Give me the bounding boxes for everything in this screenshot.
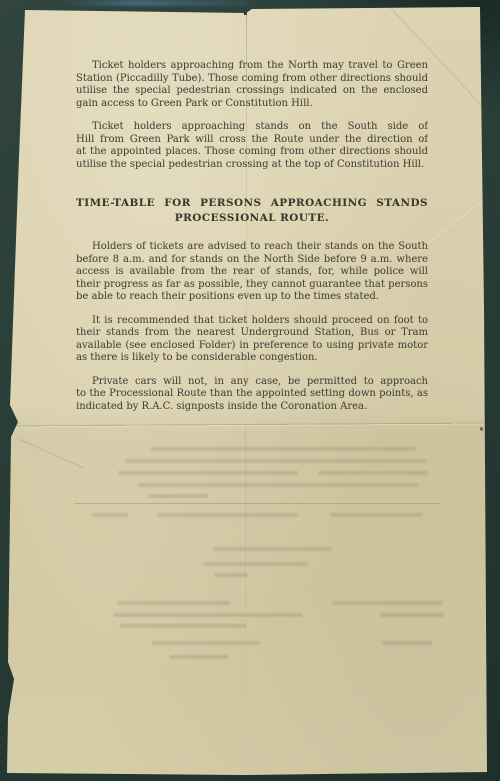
document-text: Ticket holders approaching from the Nort… [76, 60, 428, 424]
text-line: utilise the special pedestrian crossings… [76, 85, 428, 98]
text-line: available (see enclosed Folder) in prefe… [76, 340, 428, 353]
text-line: Holders of tickets are advised to reach … [76, 241, 428, 254]
text-line: before 8 a.m. and for stands on the Nort… [76, 254, 428, 267]
text-line: indicated by R.A.C. signposts inside the… [76, 401, 428, 414]
scan-stage: Ticket holders approaching from the Nort… [0, 0, 500, 781]
body-paragraph-2: It is recommended that ticket holders sh… [76, 315, 428, 365]
text-line: Ticket holders approaching stands on the… [76, 121, 428, 134]
text-line: at the appointed places. Those coming fr… [76, 146, 428, 159]
text-line: gain access to Green Park or Constitutio… [76, 98, 428, 111]
text-line: utilise the special pedestrian crossing … [76, 159, 428, 172]
scan-artifact-streak [58, 0, 248, 6]
text-line: Station (Piccadilly Tube). Those coming … [76, 73, 428, 86]
text-line: Hill from Green Park will cross the Rout… [76, 134, 428, 147]
text-line: be able to reach their positions even up… [76, 291, 428, 304]
body-paragraph-3: Private cars will not, in any case, be p… [76, 376, 428, 414]
text-line: It is recommended that ticket holders sh… [76, 315, 428, 328]
intro-paragraph-1: Ticket holders approaching from the Nort… [76, 60, 428, 110]
fold-crease-vertical-lower [245, 427, 246, 773]
text-line: to the Processional Route than the appoi… [76, 388, 428, 401]
body-paragraph-1: Holders of tickets are advised to reach … [76, 241, 428, 304]
intro-paragraph-2: Ticket holders approaching stands on the… [76, 121, 428, 171]
text-line: as there is likely to be considerable co… [76, 352, 428, 365]
text-line: Private cars will not, in any case, be p… [76, 376, 428, 389]
text-line: Ticket holders approaching from the Nort… [76, 60, 428, 73]
heading-line: PROCESSIONAL ROUTE. [76, 211, 428, 226]
document-page: Ticket holders approaching from the Nort… [6, 7, 488, 775]
text-line: their stands from the nearest Undergroun… [76, 327, 428, 340]
timetable-heading: TIME-TABLE FOR PERSONS APPROACHING STAND… [76, 196, 428, 226]
text-line: their progress as far as possible, they … [76, 279, 428, 292]
crease-diagonal-left [19, 439, 83, 468]
heading-line: TIME-TABLE FOR PERSONS APPROACHING STAND… [76, 196, 428, 211]
paper-speck [480, 427, 483, 431]
text-line: access is available from the rear of sta… [76, 266, 428, 279]
